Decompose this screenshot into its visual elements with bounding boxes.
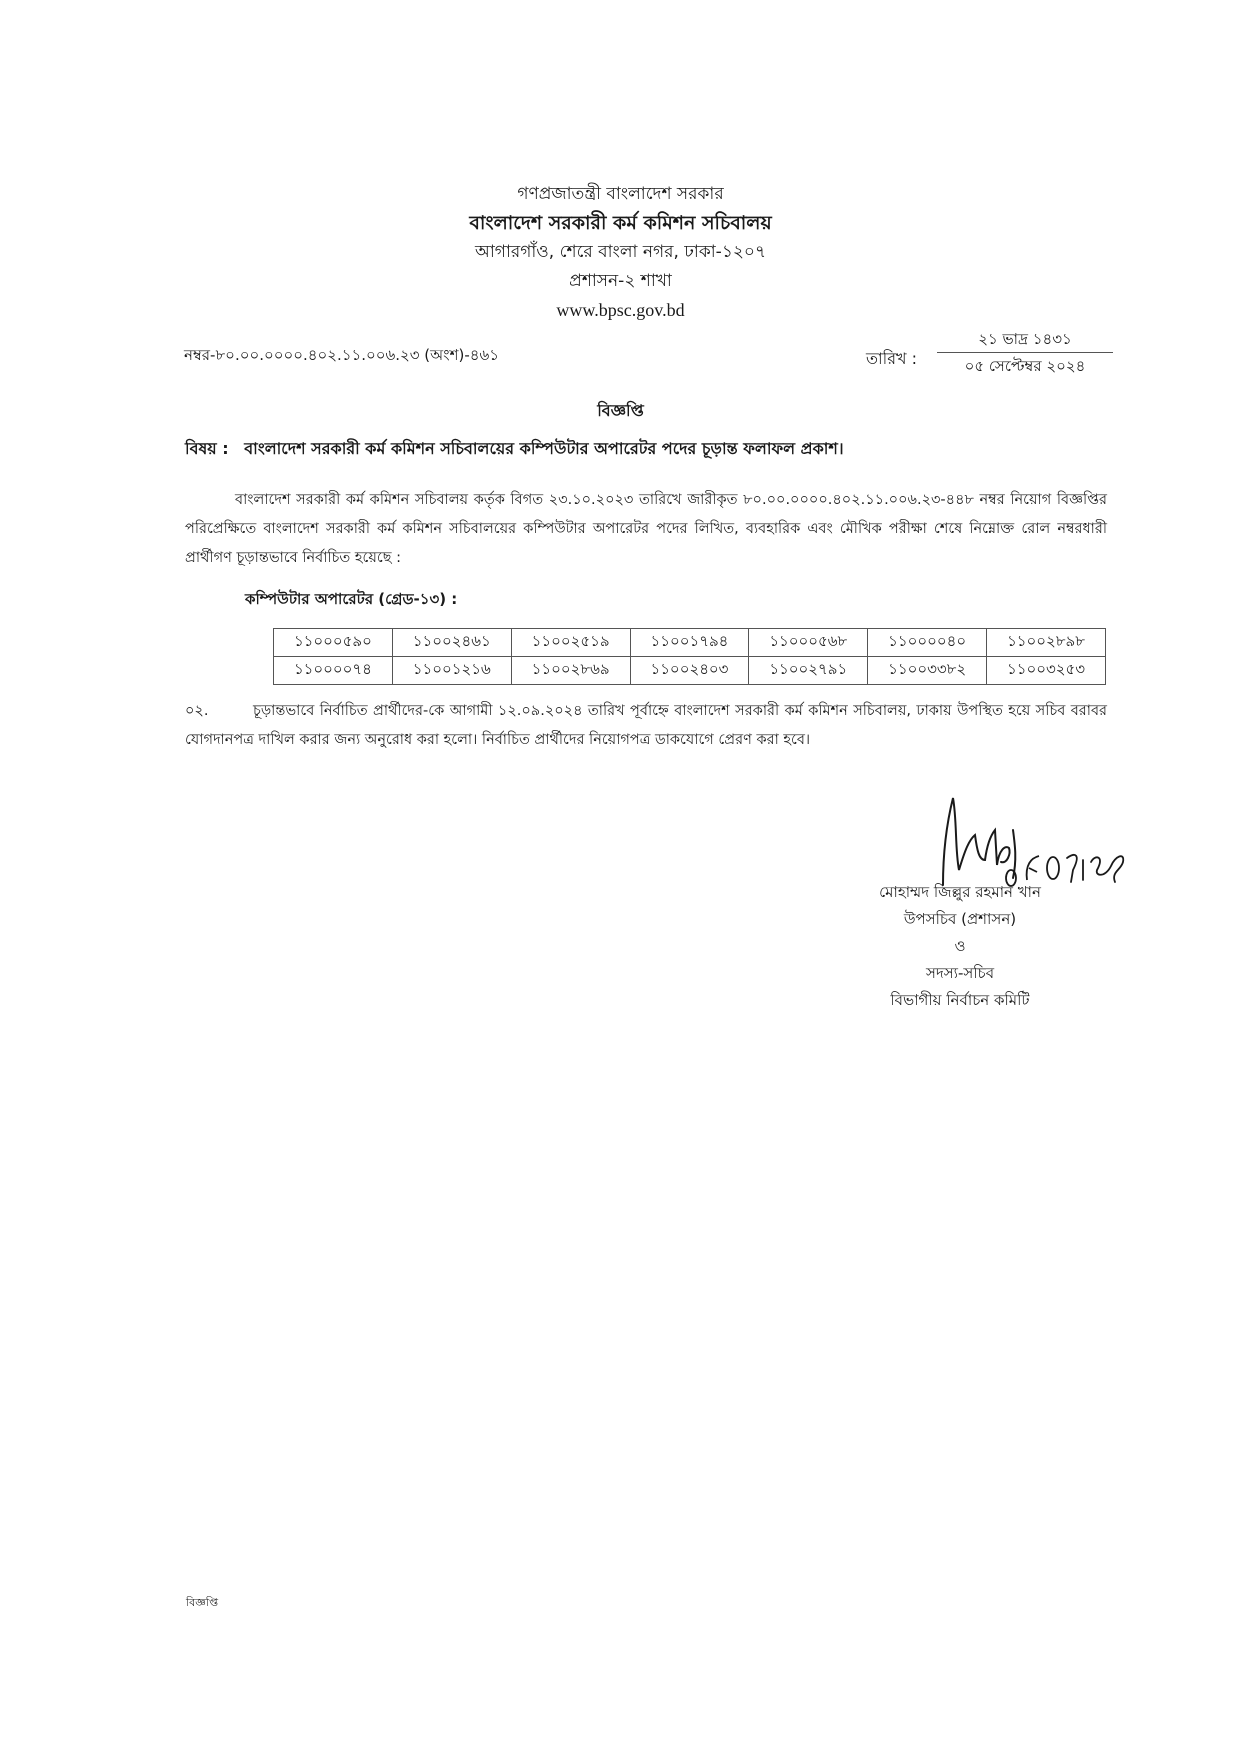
memo-number: নম্বর-৮০.০০.০০০০.৪০২.১১.০০৬.২৩ (অংশ)-৪৬১ bbox=[184, 344, 499, 369]
roll-number-cell: ১১০০১২১৬ bbox=[392, 657, 511, 685]
roll-number-table: ১১০০০৫৯০১১০০২৪৬১১১০০২৫১৯১১০০১৭৯৪১১০০০৫৬৮… bbox=[273, 628, 1106, 685]
table-row: ১১০০০৫৯০১১০০২৪৬১১১০০২৫১৯১১০০১৭৯৪১১০০০৫৬৮… bbox=[274, 629, 1106, 657]
date-block: ২১ ভাদ্র ১৪৩১ ০৫ সেপ্টেম্বর ২০২৪ bbox=[937, 326, 1113, 379]
grade-heading: কম্পিউটার অপারেটর (গ্রেড-১৩) : bbox=[245, 588, 457, 613]
organization-name: বাংলাদেশ সরকারী কর্ম কমিশন সচিবালয় bbox=[0, 209, 1241, 238]
gregorian-date: ০৫ সেপ্টেম্বর ২০২৪ bbox=[937, 353, 1113, 379]
roll-number-cell: ১১০০২৮৯৮ bbox=[987, 629, 1106, 657]
notice-title: বিজ্ঞপ্তি bbox=[0, 398, 1241, 425]
footer-label: বিজ্ঞপ্তি bbox=[186, 1594, 218, 1613]
subject-line: বিষয় : বাংলাদেশ সরকারী কর্ম কমিশন সচিবা… bbox=[185, 436, 1115, 463]
paragraph-number: ০২. bbox=[185, 697, 253, 726]
roll-number-cell: ১১০০২৭৯১ bbox=[749, 657, 868, 685]
paragraph-2: ০২.চূড়ান্তভাবে নির্বাচিত প্রার্থীদের-কে… bbox=[185, 697, 1107, 755]
subject-label: বিষয় : bbox=[185, 439, 229, 458]
roll-number-cell: ১১০০২৮৬৯ bbox=[511, 657, 630, 685]
branch-name: প্রশাসন-২ শাখা bbox=[0, 267, 1241, 296]
signatory-committee: বিভাগীয় নির্বাচন কমিটি bbox=[830, 987, 1090, 1014]
roll-number-cell: ১১০০৩৩৮২ bbox=[868, 657, 987, 685]
signature-image bbox=[935, 790, 1135, 890]
date-label: তারিখ : bbox=[866, 346, 917, 373]
table-row: ১১০০০০৭৪১১০০১২১৬১১০০২৮৬৯১১০০২৪০৩১১০০২৭৯১… bbox=[274, 657, 1106, 685]
signatory-role: সদস্য-সচিব bbox=[830, 960, 1090, 987]
roll-number-cell: ১১০০২৪৬১ bbox=[392, 629, 511, 657]
signatory-designation: উপসচিব (প্রশাসন) bbox=[830, 906, 1090, 933]
roll-number-cell: ১১০০০০৭৪ bbox=[274, 657, 393, 685]
signatory-block: মোহাম্মদ জিল্লুর রহমান খান উপসচিব (প্রশা… bbox=[830, 879, 1090, 1014]
roll-number-cell: ১১০০০৫৬৮ bbox=[749, 629, 868, 657]
roll-number-cell: ১১০০২৪০৩ bbox=[630, 657, 749, 685]
paragraph-1: বাংলাদেশ সরকারী কর্ম কমিশন সচিবালয় কর্ত… bbox=[185, 486, 1107, 573]
government-name: গণপ্রজাতন্ত্রী বাংলাদেশ সরকার bbox=[0, 180, 1241, 209]
website-link[interactable]: www.bpsc.gov.bd bbox=[0, 296, 1241, 325]
address: আগারগাঁও, শেরে বাংলা নগর, ঢাকা-১২০৭ bbox=[0, 238, 1241, 267]
subject-text: বাংলাদেশ সরকারী কর্ম কমিশন সচিবালয়ের কম… bbox=[244, 439, 843, 458]
roll-number-cell: ১১০০০৫৯০ bbox=[274, 629, 393, 657]
letterhead: গণপ্রজাতন্ত্রী বাংলাদেশ সরকার বাংলাদেশ স… bbox=[0, 180, 1241, 325]
roll-number-cell: ১১০০২৫১৯ bbox=[511, 629, 630, 657]
signatory-conjunction: ও bbox=[830, 933, 1090, 960]
paragraph-2-text: চূড়ান্তভাবে নির্বাচিত প্রার্থীদের-কে আগ… bbox=[185, 703, 1107, 748]
roll-number-cell: ১১০০৩২৫৩ bbox=[987, 657, 1106, 685]
signatory-name: মোহাম্মদ জিল্লুর রহমান খান bbox=[830, 879, 1090, 906]
roll-number-cell: ১১০০১৭৯৪ bbox=[630, 629, 749, 657]
bangla-date: ২১ ভাদ্র ১৪৩১ bbox=[937, 326, 1113, 353]
roll-number-cell: ১১০০০০৪০ bbox=[868, 629, 987, 657]
